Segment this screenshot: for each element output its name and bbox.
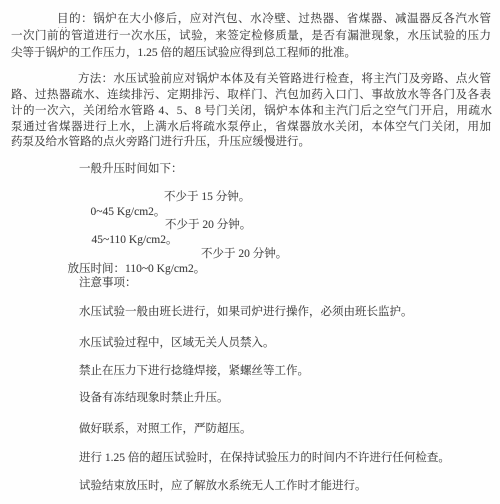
pressure-rise-row: 0~45 Kg/cm2。 不少于 15 分钟。 <box>79 190 165 206</box>
note-item: 做好联系，对照工作，严防超压。 <box>79 422 252 438</box>
note-item: 进行 1.25 倍的超压试验时，在保持试验压力的时间内不许进行任何检查。 <box>79 451 450 467</box>
pressure-rise-row: 45~110 Kg/cm2。 不少于 20 分钟。 <box>80 218 177 234</box>
method-line: 方法：水压试验前应对锅炉本体及有关管路进行检查，将主汽门及旁路、点火管 <box>78 72 491 88</box>
rise-time-heading: 一般升压时间如下： <box>79 162 183 178</box>
purpose-line: 目的：锅炉在大小修后，应对汽包、水冷壁、过热器、省煤器、减温器反各汽水管道， <box>57 12 491 28</box>
note-item: 水压试验过程中，区域无关人员禁入。 <box>79 336 275 352</box>
method-line: 路、过热器疏水、连续排污、定期排污、取样门、汽包加药入口门、事故放水等各门及各表 <box>11 88 491 104</box>
note-item: 禁止在压力下进行捻缝焊接，紧螺丝等工作。 <box>79 364 309 380</box>
purpose-line: 一次门前的管道进行一次水压，试验，来签定检修质量，是否有漏泄现象，水压试验的压力 <box>11 29 491 45</box>
notes-heading: 注意事项： <box>79 276 137 292</box>
method-line: 计的一次六，关闭给水管路 4、5、8 号门关闭，锅炉本体和主汽门后之空气门开启，… <box>11 104 492 120</box>
method-line: 泵通过省煤器进行上水，上满水后将疏水泵停止，省煤器放水关闭，本体空气门关闭，用加 <box>11 120 491 136</box>
note-item: 试验结束放压时，应了解放水系统无人工作时才能进行。 <box>79 479 367 495</box>
pressure-range: 0~45 Kg/cm2。 <box>91 206 166 218</box>
purpose-line: 尖等于锅炉的工作压力，1.25 倍的超压试验应得到总工程师的批准。 <box>11 46 356 62</box>
duration: 不少于 15 分钟。 <box>164 190 250 205</box>
release-time-row: 放压时间：110~0 Kg/cm2。 不少于 20 分钟。 <box>56 247 205 263</box>
pressure-range: 45~110 Kg/cm2。 <box>92 234 178 246</box>
note-item: 设备有冻结现象时禁止升压。 <box>79 391 229 407</box>
release-label: 放压时间：110~0 Kg/cm2。 <box>68 263 206 275</box>
note-item: 水压试验一般由班长进行，如果司炉进行操作，必须由班长监护。 <box>79 305 413 321</box>
method-line: 药泵及给水管路的点火旁路门进行升压，升压应缓慢进行。 <box>11 135 310 151</box>
document-page: 目的：锅炉在大小修后，应对汽包、水冷壁、过热器、省煤器、减温器反各汽水管道， 一… <box>0 0 500 504</box>
duration: 不少于 20 分钟。 <box>165 218 251 233</box>
duration: 不少于 20 分钟。 <box>201 247 287 262</box>
